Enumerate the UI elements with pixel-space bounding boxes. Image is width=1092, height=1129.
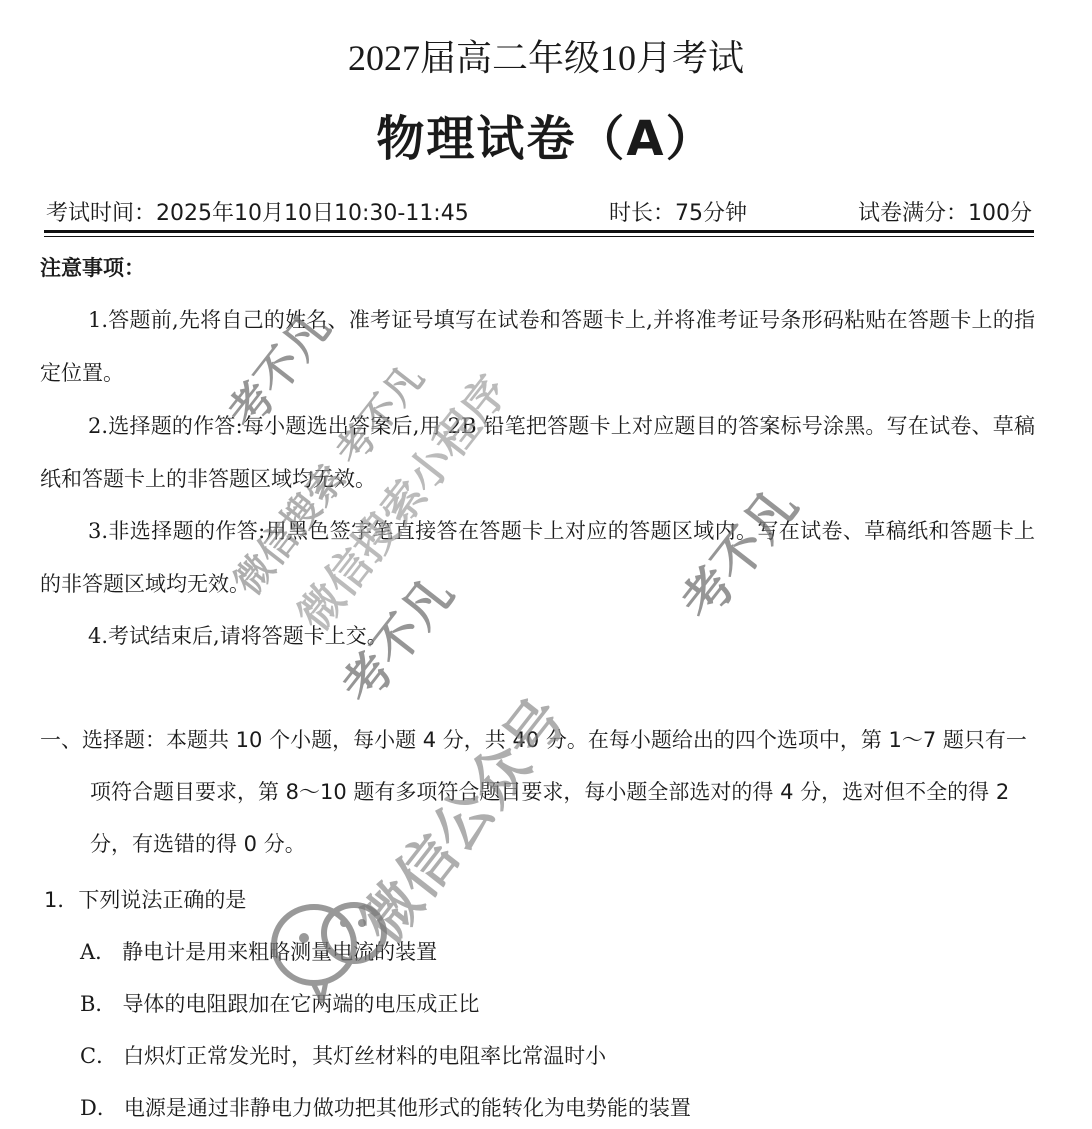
- question-stem: 下列说法正确的是: [78, 888, 246, 912]
- section-choice-instructions: 一、选择题：本题共 10 个小题，每小题 4 分，共 40 分。在每小题给出的四…: [40, 714, 1035, 870]
- option-letter: B．: [80, 992, 116, 1016]
- option-b: B．导体的电阻跟加在它两端的电压成正比: [80, 988, 479, 1018]
- exam-full-score: 试卷满分：100分: [858, 196, 1032, 227]
- notice-item-3: 3.非选择题的作答:用黑色签字笔直接答在答题卡上对应的答题区域内。写在试卷、草稿…: [40, 505, 1035, 611]
- notice-item-4: 4.考试结束后,请将答题卡上交。: [40, 610, 1035, 663]
- notice-item-1: 1.答题前,先将自己的姓名、准考证号填写在试卷和答题卡上,并将准考证号条形码粘贴…: [40, 294, 1035, 400]
- option-a: A．静电计是用来粗略测量电流的装置: [80, 936, 437, 966]
- option-letter: D．: [80, 1096, 118, 1120]
- option-letter: C．: [80, 1044, 117, 1068]
- exam-subtitle: 2027届高二年级10月考试: [0, 30, 1092, 81]
- section-number: 一、: [40, 728, 82, 752]
- section-text: 选择题：本题共 10 个小题，每小题 4 分，共 40 分。在每小题给出的四个选…: [82, 728, 1027, 856]
- option-c: C．白炽灯正常发光时，其灯丝材料的电阻率比常温时小: [80, 1040, 606, 1070]
- question-number: 1．: [44, 888, 78, 912]
- exam-time: 考试时间：2025年10月10日10:30-11:45: [46, 196, 469, 227]
- notice-item-2: 2.选择题的作答:每小题选出答案后,用 2B 铅笔把答题卡上对应题目的答案标号涂…: [40, 400, 1035, 506]
- exam-page: 2027届高二年级10月考试 物理试卷（A） 考试时间：2025年10月10日1…: [0, 0, 1092, 1129]
- header-rule-thick: [44, 230, 1034, 233]
- option-text: 白炽灯正常发光时，其灯丝材料的电阻率比常温时小: [123, 1044, 606, 1068]
- option-text: 电源是通过非静电力做功把其他形式的能转化为电势能的装置: [124, 1096, 691, 1120]
- exam-title: 物理试卷（A）: [0, 100, 1092, 169]
- option-text: 导体的电阻跟加在它两端的电压成正比: [122, 992, 479, 1016]
- notice-heading: 注意事项：: [40, 252, 145, 282]
- option-d: D．电源是通过非静电力做功把其他形式的能转化为电势能的装置: [80, 1092, 691, 1122]
- option-text: 静电计是用来粗略测量电流的装置: [122, 940, 437, 964]
- exam-duration: 时长：75分钟: [609, 196, 747, 227]
- exam-meta: 考试时间：2025年10月10日10:30-11:45 时长：75分钟 试卷满分…: [46, 196, 1032, 230]
- option-letter: A．: [80, 940, 116, 964]
- header-rule-thin: [44, 236, 1034, 237]
- question-1: 1．下列说法正确的是: [44, 884, 246, 914]
